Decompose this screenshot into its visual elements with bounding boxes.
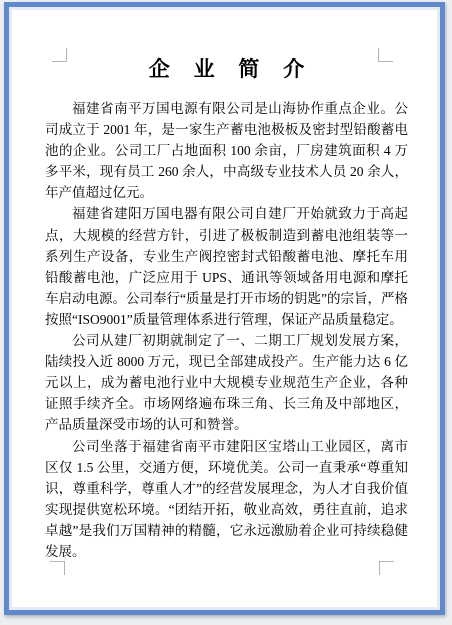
body-paragraph-3: 公司从建厂初期就制定了一、二期工厂规划发展方案，陆续投入近 8000 万元，现已… bbox=[45, 330, 408, 435]
document-body: 福建省南平万国电源有限公司是山海协作重点企业。公司成立于 2001 年，是一家生… bbox=[45, 98, 408, 562]
crop-mark-bottom-right bbox=[379, 561, 394, 575]
page-content: 企 业 简 介 福建省南平万国电源有限公司是山海协作重点企业。公司成立于 200… bbox=[45, 0, 408, 562]
crop-mark-bottom-left bbox=[50, 561, 65, 575]
body-paragraph-4: 公司坐落于福建省南平市建阳区宝塔山工业园区，离市区仅 1.5 公里，交通方便，环… bbox=[45, 436, 408, 563]
body-paragraph-2: 福建省建阳万国电器有限公司自建厂开始就致力于高起点，大规模的经营方针，引进了极板… bbox=[45, 203, 408, 330]
page-title: 企 业 简 介 bbox=[45, 53, 408, 83]
body-paragraph-1: 福建省南平万国电源有限公司是山海协作重点企业。公司成立于 2001 年，是一家生… bbox=[45, 98, 408, 203]
